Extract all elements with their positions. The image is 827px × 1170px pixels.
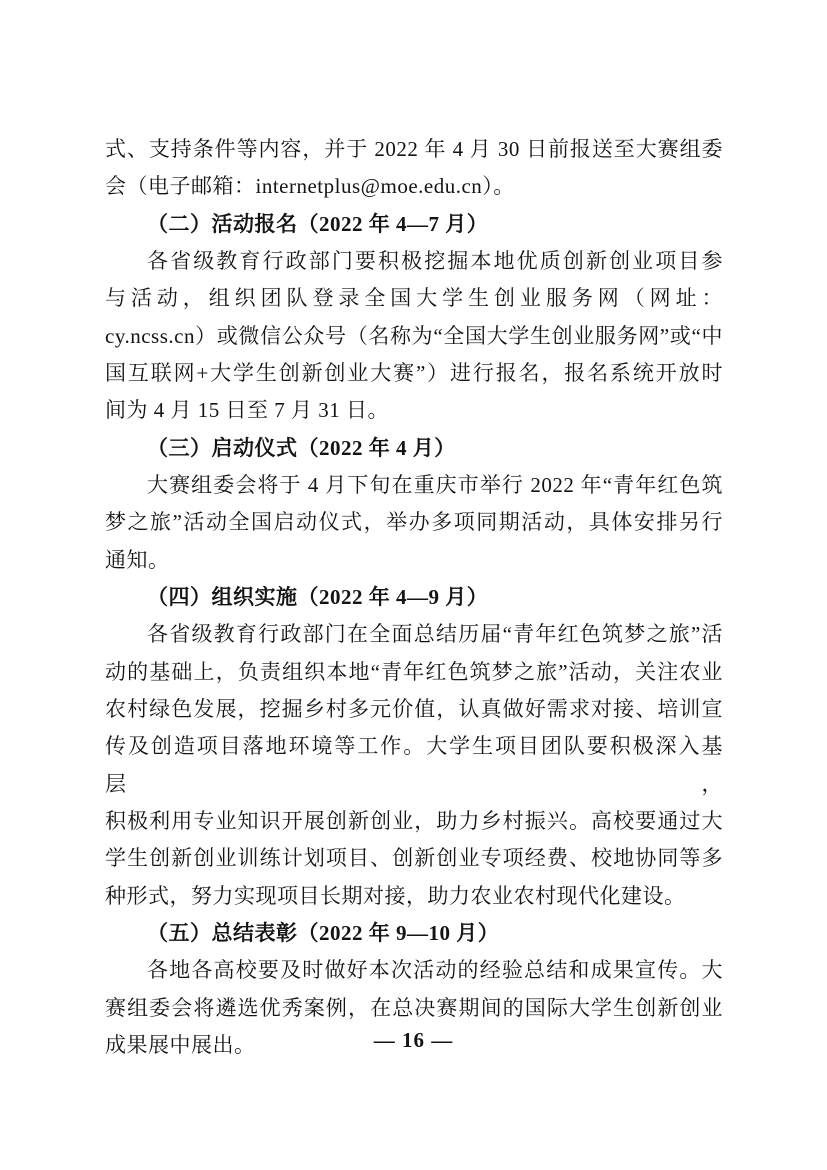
section-heading-4: （四）组织实施（2022 年 4—9 月） <box>105 579 723 616</box>
text-line: 各地各高校要及时做好本次活动的经验总结和成果宣传。大 <box>105 952 723 989</box>
text-line: cy.ncss.cn）或微信公众号（名称为“全国大学生创业服务网”或“中 <box>105 318 723 355</box>
paragraph-continuation: 式、支持条件等内容，并于 2022 年 4 月 30 日前报送至大赛组委 会（电… <box>105 131 723 206</box>
page-footer: — 16 — <box>0 1026 827 1057</box>
heading-line: （三）启动仪式（2022 年 4 月） <box>105 430 723 467</box>
heading-line: （四）组织实施（2022 年 4—9 月） <box>105 579 723 616</box>
text-line: 国互联网+大学生创新创业大赛”）进行报名，报名系统开放时 <box>105 355 723 392</box>
page-number: — 16 — <box>374 1028 454 1052</box>
text-line: 农村绿色发展，挖掘乡村多元价值，认真做好需求对接、培训宣 <box>105 691 723 728</box>
paragraph-launch-ceremony: 大赛组委会将于 4 月下旬在重庆市举行 2022 年“青年红色筑 梦之旅”活动全… <box>105 467 723 579</box>
text-line: 通知。 <box>105 542 723 579</box>
text-line: 各省级教育行政部门要积极挖掘本地优质创新创业项目参 <box>105 243 723 280</box>
paragraph-implementation: 各省级教育行政部门在全面总结历届“青年红色筑梦之旅”活 动的基础上，负责组织本地… <box>105 616 723 915</box>
document-page: 式、支持条件等内容，并于 2022 年 4 月 30 日前报送至大赛组委 会（电… <box>0 0 827 1170</box>
text-line: 传及创造项目落地环境等工作。大学生项目团队要积极深入基层， <box>105 728 723 803</box>
paragraph-registration: 各省级教育行政部门要积极挖掘本地优质创新创业项目参 与活动，组织团队登录全国大学… <box>105 243 723 430</box>
text-line: 各省级教育行政部门在全面总结历届“青年红色筑梦之旅”活 <box>105 616 723 653</box>
text-line: 赛组委会将遴选优秀案例，在总决赛期间的国际大学生创新创业 <box>105 990 723 1027</box>
heading-line: （五）总结表彰（2022 年 9—10 月） <box>105 915 723 952</box>
text-line: 式、支持条件等内容，并于 2022 年 4 月 30 日前报送至大赛组委 <box>105 131 723 168</box>
text-line: 与活动，组织团队登录全国大学生创业服务网（网址： <box>105 280 723 317</box>
text-line: 大赛组委会将于 4 月下旬在重庆市举行 2022 年“青年红色筑 <box>105 467 723 504</box>
text-line: 种形式，努力实现项目长期对接，助力农业农村现代化建设。 <box>105 878 723 915</box>
text-line: 动的基础上，负责组织本地“青年红色筑梦之旅”活动，关注农业 <box>105 654 723 691</box>
text-line: 梦之旅”活动全国启动仪式，举办多项同期活动，具体安排另行 <box>105 504 723 541</box>
section-heading-2: （二）活动报名（2022 年 4—7 月） <box>105 206 723 243</box>
section-heading-5: （五）总结表彰（2022 年 9—10 月） <box>105 915 723 952</box>
section-heading-3: （三）启动仪式（2022 年 4 月） <box>105 430 723 467</box>
text-line: 会（电子邮箱：internetplus@moe.edu.cn）。 <box>105 168 723 205</box>
text-line: 积极利用专业知识开展创新创业，助力乡村振兴。高校要通过大 <box>105 803 723 840</box>
document-body: 式、支持条件等内容，并于 2022 年 4 月 30 日前报送至大赛组委 会（电… <box>105 131 723 1064</box>
heading-line: （二）活动报名（2022 年 4—7 月） <box>105 206 723 243</box>
text-line: 学生创新创业训练计划项目、创新创业专项经费、校地协同等多 <box>105 840 723 877</box>
text-line: 间为 4 月 15 日至 7 月 31 日。 <box>105 392 723 429</box>
